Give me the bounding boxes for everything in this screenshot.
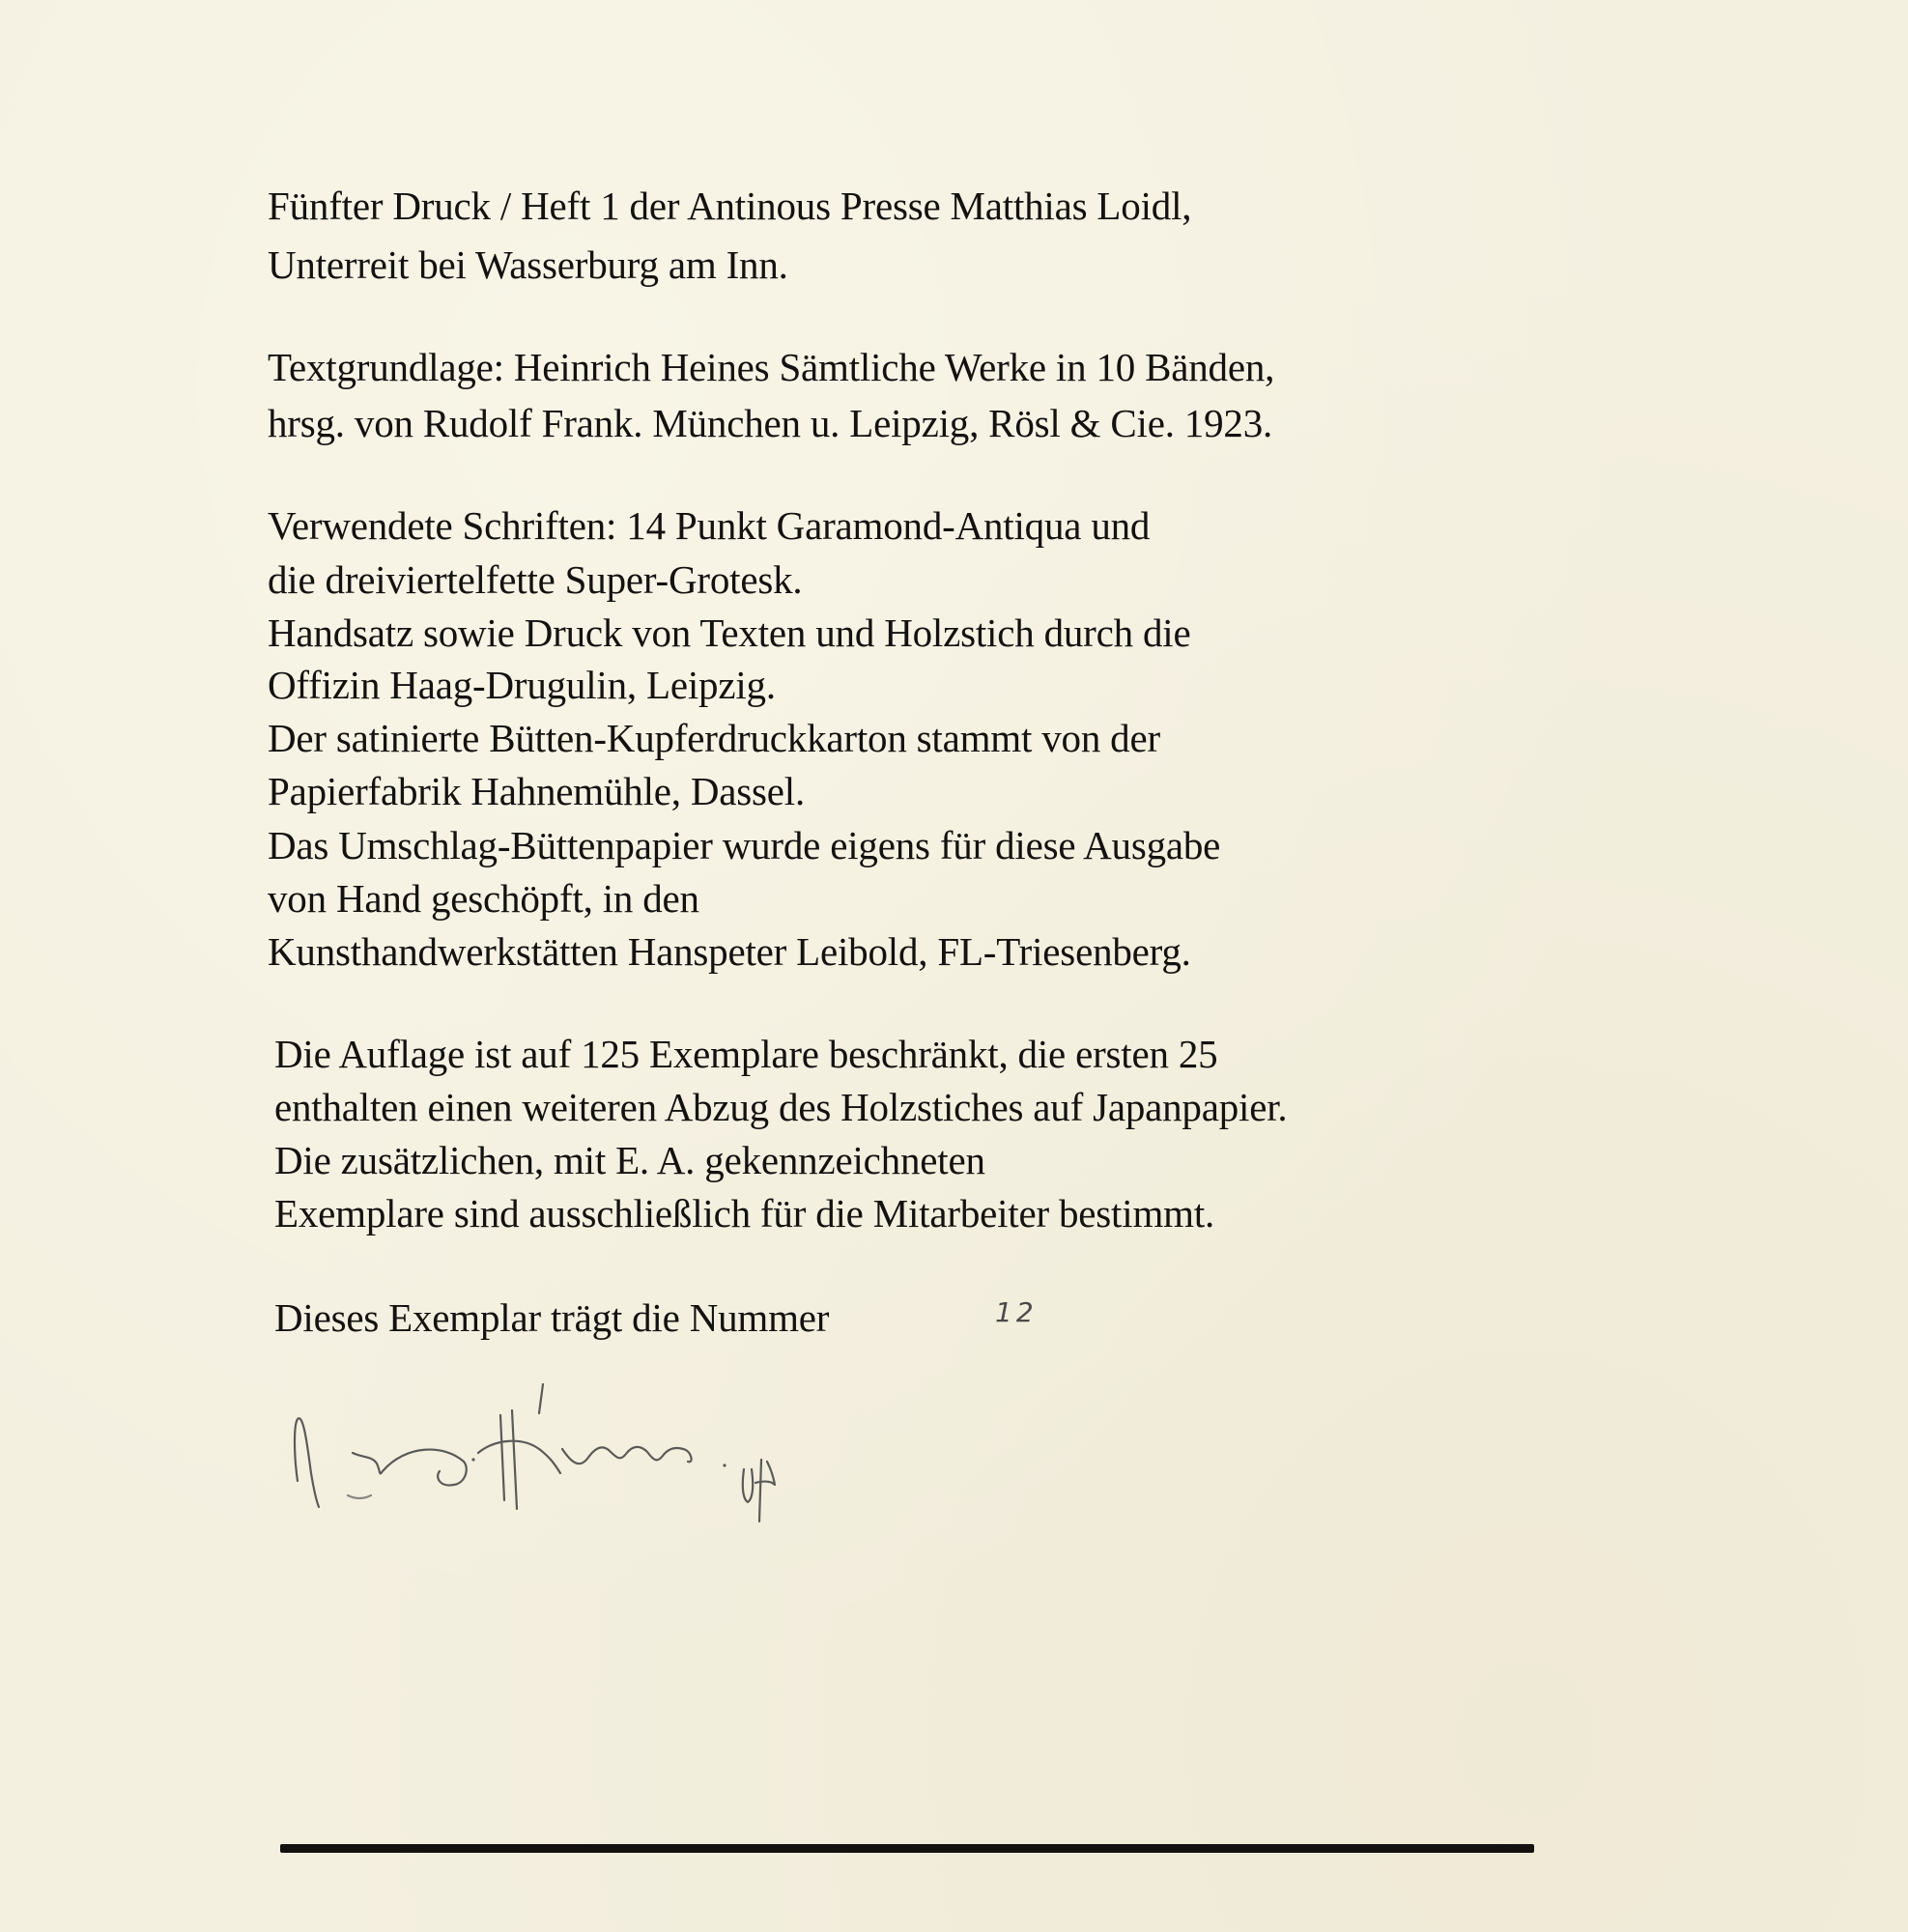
text-line: von Hand geschöpft, in den (268, 875, 699, 922)
text-line: Der satinierte Bütten-Kupferdruckkarton … (268, 715, 1160, 761)
text-line: enthalten einen weiteren Abzug des Holzs… (274, 1084, 1287, 1130)
pencil-signature (280, 1377, 1256, 1541)
text-line: Unterreit bei Wasserburg am Inn. (268, 241, 788, 288)
handwritten-copy-number: 12 (995, 1296, 1038, 1328)
text-line: Die zusätzlichen, mit E. A. gekennzeichn… (274, 1137, 985, 1183)
text-line: Verwendete Schriften: 14 Punkt Garamond-… (268, 502, 1150, 549)
text-line: Kunsthandwerkstätten Hanspeter Leibold, … (268, 928, 1191, 975)
copy-number-label: Dieses Exemplar trägt die Nummer (274, 1294, 829, 1341)
text-line: Textgrundlage: Heinrich Heines Sämtliche… (268, 344, 1274, 390)
text-line: Die Auflage ist auf 125 Exemplare beschr… (274, 1031, 1217, 1077)
text-line: Exemplare sind ausschließlich für die Mi… (274, 1190, 1214, 1236)
text-line: Das Umschlag-Büttenpapier wurde eigens f… (268, 822, 1220, 868)
text-line: Offizin Haag-Drugulin, Leipzig. (268, 662, 776, 708)
text-line: Papierfabrik Hahnemühle, Dassel. (268, 768, 805, 814)
text-line: hrsg. von Rudolf Frank. München u. Leipz… (268, 400, 1272, 446)
text-line: Fünfter Druck / Heft 1 der Antinous Pres… (268, 183, 1191, 229)
text-line: die dreiviertelfette Super-Grotesk. (268, 556, 802, 603)
text-line: Handsatz sowie Druck von Texten und Holz… (268, 610, 1190, 656)
bottom-rule (280, 1844, 1534, 1853)
